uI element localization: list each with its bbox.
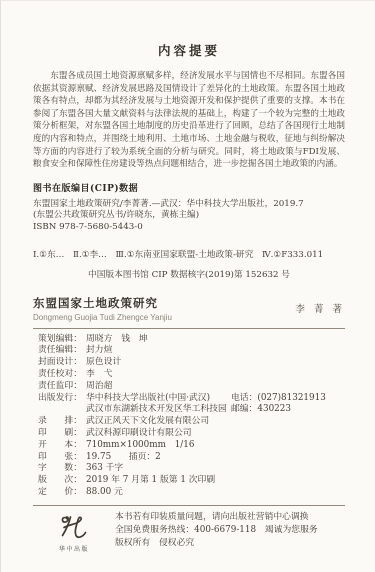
publication-row: 字 数：363 千字 <box>38 463 345 475</box>
cip-series-line: (东盟公共政策研究丛书/许晓东，黄栋主编) <box>33 210 345 222</box>
publication-row: 印 张：19.75 插页：2 <box>38 452 345 464</box>
publication-row: 策划编辑：周晓方 钱 坤 <box>38 334 345 346</box>
row-label: 责任编辑： <box>38 345 86 357</box>
publication-row: 责任校对：李 弋 <box>38 369 345 381</box>
row-label: 责任监印： <box>38 381 86 393</box>
cip-heading: 图书在版编目(CIP)数据 <box>33 181 345 194</box>
publication-row: 出版发行：华中科技大学出版社(中国·武汉)电话：(027)81321913 <box>38 393 345 405</box>
row-label: 责任校对： <box>38 369 86 381</box>
cip-isbn: ISBN 978-7-5680-5443-0 <box>33 222 345 234</box>
publication-row: 责任编辑：封力煊 <box>38 345 345 357</box>
publisher-logo-text: 华中出版 <box>45 544 103 553</box>
row-value: 363 千字 <box>86 463 123 473</box>
cip-section: 图书在版编目(CIP)数据 东盟国家土地政策研究/李菁著.—武汉：华中科技大学出… <box>33 181 345 281</box>
quality-notice: 本书若有印装质量问题，请向出版社营销中心调换 <box>115 511 318 524</box>
row-label: 出版发行： <box>38 393 86 405</box>
row-label: 策划编辑： <box>38 334 86 346</box>
row-value: 710mm×1000mm 1/16 <box>86 440 194 450</box>
title-group: 东盟国家土地政策研究 Dongmeng Guojia Tudi Zhengce … <box>33 295 172 322</box>
book-copyright-page: 内容提要 东盟各成员国土地资源禀赋多样，经济发展水平与国情也不尽相同。东盟各国依… <box>0 0 375 572</box>
hotline-notice: 全国免费服务热线：400-6679-118 竭诚为您服务 <box>115 524 318 537</box>
publisher-logo: 华中出版 <box>45 511 103 553</box>
row-value: 李 弋 <box>86 369 112 379</box>
divider-bottom <box>33 505 345 506</box>
row-value: 武汉科源印刷设计有限公司 <box>86 428 192 438</box>
phone-number: 电话：(027)81321913 <box>231 393 326 405</box>
publication-row: 版 次：2019 年 7 月第 1 版第 1 次印刷 <box>38 475 345 487</box>
row-label: 录 排： <box>38 416 86 428</box>
publisher-address: 武汉市东湖新技术开发区华工科技园 <box>86 404 227 414</box>
content-summary-section: 内容提要 东盟各成员国土地资源禀赋多样，经济发展水平与国情也不尽相同。东盟各国依… <box>33 41 345 171</box>
row-label: 开 本： <box>38 440 86 452</box>
row-label: 定 价： <box>38 487 86 499</box>
divider-top <box>33 328 345 329</box>
cip-title-line: 东盟国家土地政策研究/李菁著.—武汉：华中科技大学出版社，2019.7 <box>33 199 345 211</box>
footer-notices: 本书若有印装质量问题，请向出版社营销中心调换 全国免费服务热线：400-6679… <box>115 511 318 553</box>
publication-row: 武汉市东湖新技术开发区华工科技园邮编：430223 <box>38 404 345 416</box>
row-label: 字 数： <box>38 463 86 475</box>
cip-record-number: 中国版本图书馆 CIP 数据核字(2019)第 152632 号 <box>33 270 345 281</box>
publication-row: 开 本：710mm×1000mm 1/16 <box>38 440 345 452</box>
row-value: 周晓方 钱 坤 <box>86 334 148 344</box>
row-value: 2019 年 7 月第 1 版第 1 次印刷 <box>86 475 215 485</box>
book-title-pinyin: Dongmeng Guojia Tudi Zhengce Yanjiu <box>33 313 172 322</box>
row-value: 周治超 <box>86 381 112 391</box>
row-value: 封力煊 <box>86 345 112 355</box>
postal-code: 邮编：430223 <box>231 404 291 416</box>
row-value: 19.75 插页：2 <box>86 452 161 462</box>
publication-row: 定 价：88.00 元 <box>38 487 345 499</box>
summary-paragraph: 东盟各成员国土地资源禀赋多样，经济发展水平与国情也不尽相同。东盟各国依据其资源禀… <box>33 70 345 171</box>
row-label: 版 次： <box>38 475 86 487</box>
publication-info-section: 策划编辑：周晓方 钱 坤 责任编辑：封力煊 封面设计：原色设计 责任校对：李 弋… <box>33 334 345 499</box>
copyright-notice: 版权所有 侵权必究 <box>115 537 318 550</box>
publication-row: 印 刷：武汉科源印刷设计有限公司 <box>38 428 345 440</box>
footer-section: 华中出版 本书若有印装质量问题，请向出版社营销中心调换 全国免费服务热线：400… <box>33 511 345 553</box>
title-block: 东盟国家土地政策研究 Dongmeng Guojia Tudi Zhengce … <box>33 295 345 322</box>
author-name: 李 菁 著 <box>295 301 345 315</box>
publication-row: 封面设计：原色设计 <box>38 357 345 369</box>
publication-row: 责任监印：周治超 <box>38 381 345 393</box>
cip-classification: Ⅰ.①东… Ⅱ.①李… Ⅲ.①东南亚国家联盟-土地政策-研究 Ⅳ.①F333.0… <box>33 250 345 261</box>
row-label: 封面设计： <box>38 357 86 369</box>
row-value: 武汉正风天下文化发展有限公司 <box>86 416 209 426</box>
summary-heading: 内容提要 <box>33 41 345 59</box>
row-label: 印 张： <box>38 452 86 464</box>
book-title: 东盟国家土地政策研究 <box>33 295 172 311</box>
publication-row: 录 排：武汉正风天下文化发展有限公司 <box>38 416 345 428</box>
row-value: 88.00 元 <box>86 487 123 497</box>
row-value: 华中科技大学出版社(中国·武汉) <box>86 393 210 403</box>
row-label: 印 刷： <box>38 428 86 440</box>
publisher-logo-icon <box>58 514 90 540</box>
row-value: 原色设计 <box>86 357 121 367</box>
